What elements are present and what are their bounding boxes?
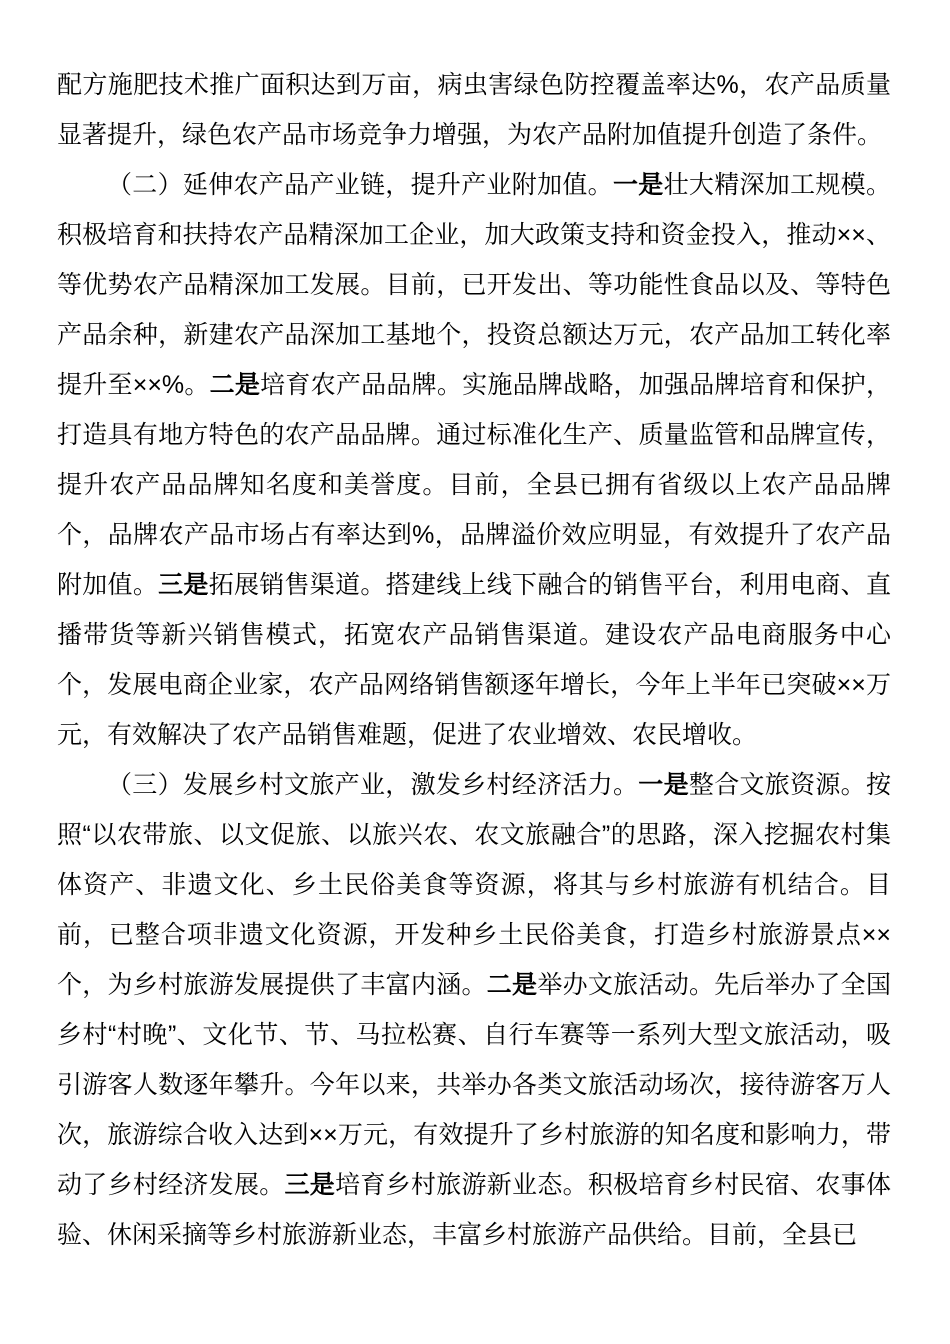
bold-run: 一是 xyxy=(638,771,689,799)
document-page: 配方施肥技术推广面积达到万亩，病虫害绿色防控覆盖率达%，农产品质量显著提升，绿色… xyxy=(0,0,950,1344)
text-run: （二）延伸农产品产业链，提升产业附加值。 xyxy=(107,171,613,199)
text-run: 配方施肥技术推广面积达到万亩，病虫害绿色防控覆盖率达%，农产品质量显著提升，绿色… xyxy=(57,71,891,149)
bold-run: 三是 xyxy=(285,1171,336,1199)
bold-run: 三是 xyxy=(158,571,209,599)
bold-run: 二是 xyxy=(487,971,538,999)
bold-run: 一是 xyxy=(613,171,664,199)
text-run: 整合文旅资源。按照“以农带旅、以文促旅、以旅兴农、农文旅融合”的思路，深入挖掘农… xyxy=(57,771,891,999)
text-run: 举办文旅活动。先后举办了全国乡村“村晚”、文化节、节、马拉松赛、自行车赛等一系列… xyxy=(57,971,891,1199)
bold-run: 二是 xyxy=(210,371,261,399)
paragraph: 配方施肥技术推广面积达到万亩，病虫害绿色防控覆盖率达%，农产品质量显著提升，绿色… xyxy=(57,60,891,160)
paragraph: （三）发展乡村文旅产业，激发乡村经济活力。一是整合文旅资源。按照“以农带旅、以文… xyxy=(57,760,891,1260)
document-body: 配方施肥技术推广面积达到万亩，病虫害绿色防控覆盖率达%，农产品质量显著提升，绿色… xyxy=(57,60,891,1260)
text-run: （三）发展乡村文旅产业，激发乡村经济活力。 xyxy=(107,771,638,799)
paragraph: （二）延伸农产品产业链，提升产业附加值。一是壮大精深加工规模。积极培育和扶持农产… xyxy=(57,160,891,760)
text-run: 壮大精深加工规模。积极培育和扶持农产品精深加工企业，加大政策支持和资金投入，推动… xyxy=(57,171,891,399)
text-run: 培育农产品品牌。实施品牌战略，加强品牌培育和保护，打造具有地方特色的农产品品牌。… xyxy=(57,371,891,599)
